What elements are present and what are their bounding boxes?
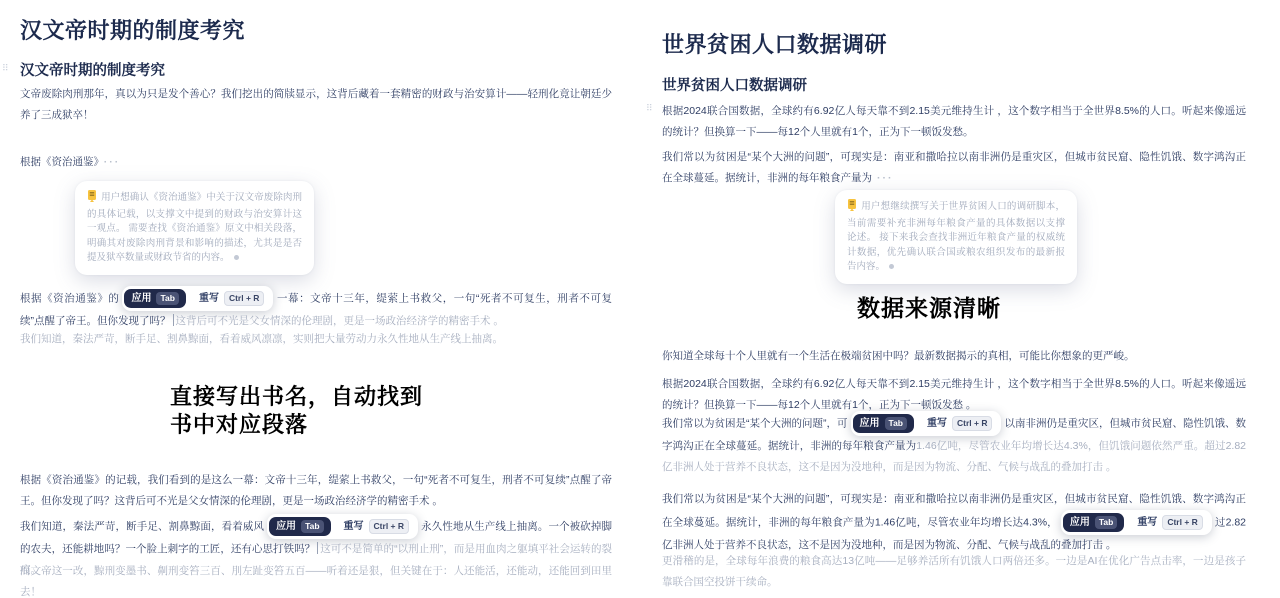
ai-pencil-icon [87,190,97,208]
left-doc-heading[interactable]: 汉文帝时期的制度考究 [20,59,165,80]
apply-label: 应用 [860,417,880,430]
apply-button[interactable]: 应用Tab [269,517,330,536]
right-paragraph[interactable]: 根据2024联合国数据，全球约有6.92亿人每天靠不到2.15美元维持生计 ，这… [662,374,1246,416]
left-paragraph[interactable]: 根据《资治通鉴》的记载，我们看到的是这么一幕：文帝十三年，缇萦上书救父，一句“死… [20,470,612,512]
paragraph-text: 我们常以为贫困是“某个大洲的问题”，可现实是：南亚和撒哈拉以南非洲仍是重灾区，但… [662,151,1246,184]
left-doc-title[interactable]: 汉文帝时期的制度考究 [20,14,245,45]
apply-label: 应用 [1070,516,1090,529]
left-suggestion-paragraph[interactable]: 我们知道，秦法严苛，断手足、割鼻黥面，看着威风凛凛，实则把大量劳动力永久性地从生… [20,329,612,350]
tab-key-badge: Tab [301,520,323,533]
right-doc-heading[interactable]: 世界贫困人口数据调研 [662,74,807,95]
loading-dots-icon: ··· [877,172,894,184]
ai-thinking-text: 用户想继续撰写关于世界贫困人口的调研脚本，当前需要补充非洲每年粮食产量的具体数据… [847,201,1065,272]
ai-suggestion-text: 这背后可不光是父女情深的伦理剧，更是一场政治经济学的精密手术 。 [176,315,504,327]
inline-ai-toolbar: 应用Tab重写Ctrl + R [122,286,273,311]
apply-button[interactable]: 应用Tab [1063,513,1124,532]
apply-label: 应用 [276,520,296,533]
right-intro-paragraph[interactable]: 根据2024联合国数据，全球约有6.92亿人每天靠不到2.15美元维持生计 ，这… [662,101,1246,143]
apply-label: 应用 [131,292,151,305]
ai-pencil-icon [847,199,857,217]
typing-indicator-dot [234,255,239,260]
annotation-caption-right: 数据来源清晰 [857,294,1001,322]
left-intro-paragraph[interactable]: 文帝废除肉刑那年，真以为只是发个善心？我们挖出的简牍显示，这背后藏着一套精密的财… [20,84,612,126]
apply-button[interactable]: 应用Tab [853,414,914,433]
apply-button[interactable]: 应用Tab [124,289,185,308]
left-paragraph-with-toolbar[interactable]: 根据《资治通鉴》的应用Tab重写Ctrl + R一幕：文帝十三年，缇萦上书救父，… [20,286,612,332]
ctrl-r-key-badge: Ctrl + R [1162,515,1202,530]
ctrl-r-key-badge: Ctrl + R [224,291,264,306]
tab-key-badge: Tab [1095,516,1117,529]
inline-ai-toolbar: 应用Tab重写Ctrl + R [1061,510,1212,535]
right-paragraph[interactable]: 你知道全球每十个人里就有一个生活在极端贫困中吗？最新数据揭示的真相，可能比你想象… [662,346,1246,367]
paragraph-text: 根据《资治通鉴》的 [20,292,119,304]
right-doc-title[interactable]: 世界贫困人口数据调研 [662,28,887,59]
right-paragraph-with-toolbar[interactable]: 我们常以为贫困是“某个大洲的问题”，可现实是：南亚和撒哈拉以南非洲仍是重灾区，但… [662,489,1246,556]
rewrite-button[interactable]: 重写Ctrl + R [1130,512,1209,533]
ctrl-r-key-badge: Ctrl + R [952,416,992,431]
right-suggestion-paragraph[interactable]: 更滑稽的是，全球每年浪费的粮食高达13亿吨——足够养活所有饥饿人口两倍还多。一边… [662,551,1246,593]
rewrite-button[interactable]: 重写Ctrl + R [920,413,999,434]
caption-line: 直接写出书名，自动找到 [170,383,423,411]
citation-text: 根据《资治通鉴》 [20,156,99,168]
typing-indicator-dot [889,264,894,269]
right-paragraph-typing[interactable]: 我们常以为贫困是“某个大洲的问题”，可现实是：南亚和撒哈拉以南非洲仍是重灾区，但… [662,147,1246,189]
paragraph-text: 我们常以为贫困是“某个大洲的问题”，可 [662,417,848,429]
annotation-caption-left: 直接写出书名，自动找到 书中对应段落 [170,383,423,439]
inline-ai-toolbar: 应用Tab重写Ctrl + R [851,411,1002,436]
ai-thinking-text: 用户想确认《资治通鉴》中关于汉文帝废除肉刑的具体记载，以支撑文中提到的财政与治安… [87,192,302,263]
text-cursor [173,314,174,326]
paragraph-text: 我们知道，秦法严苛，断手足、割鼻黥面，看着威风 [20,520,264,532]
split-editor-screenshot: 汉文帝时期的制度考究 ⠿ 汉文帝时期的制度考究 文帝废除肉刑那年，真以为只是发个… [0,0,1280,598]
block-drag-handle-icon[interactable]: ⠿ [2,64,9,73]
loading-dots-icon: ··· [104,156,121,168]
caption-line: 书中对应段落 [170,411,423,439]
rewrite-button[interactable]: 重写Ctrl + R [337,516,416,537]
tab-key-badge: Tab [885,417,907,430]
ai-thinking-tooltip-right: 用户想继续撰写关于世界贫困人口的调研脚本，当前需要补充非洲每年粮食产量的具体数据… [835,190,1077,284]
ctrl-r-key-badge: Ctrl + R [369,519,409,534]
rewrite-label: 重写 [1137,516,1157,529]
rewrite-label: 重写 [199,292,219,305]
rewrite-label: 重写 [344,520,364,533]
left-suggestion-paragraph[interactable]: 而文帝这一改，黥刑变墨书、劓刑变笞三百、刖左趾变笞五百——听着还是狠，但关键在于… [20,561,612,598]
ai-thinking-tooltip-left: 用户想确认《资治通鉴》中关于汉文帝废除肉刑的具体记载，以支撑文中提到的财政与治安… [75,181,314,275]
tab-key-badge: Tab [156,292,178,305]
rewrite-label: 重写 [927,417,947,430]
inline-ai-toolbar: 应用Tab重写Ctrl + R [267,514,418,539]
rewrite-button[interactable]: 重写Ctrl + R [192,288,271,309]
block-drag-handle-icon[interactable]: ⠿ [646,104,653,113]
right-paragraph-with-toolbar[interactable]: 我们常以为贫困是“某个大洲的问题”，可应用Tab重写Ctrl + R以南非洲仍是… [662,411,1246,478]
text-cursor [317,542,318,554]
left-citation-typing-line[interactable]: 根据《资治通鉴》··· [20,152,120,173]
